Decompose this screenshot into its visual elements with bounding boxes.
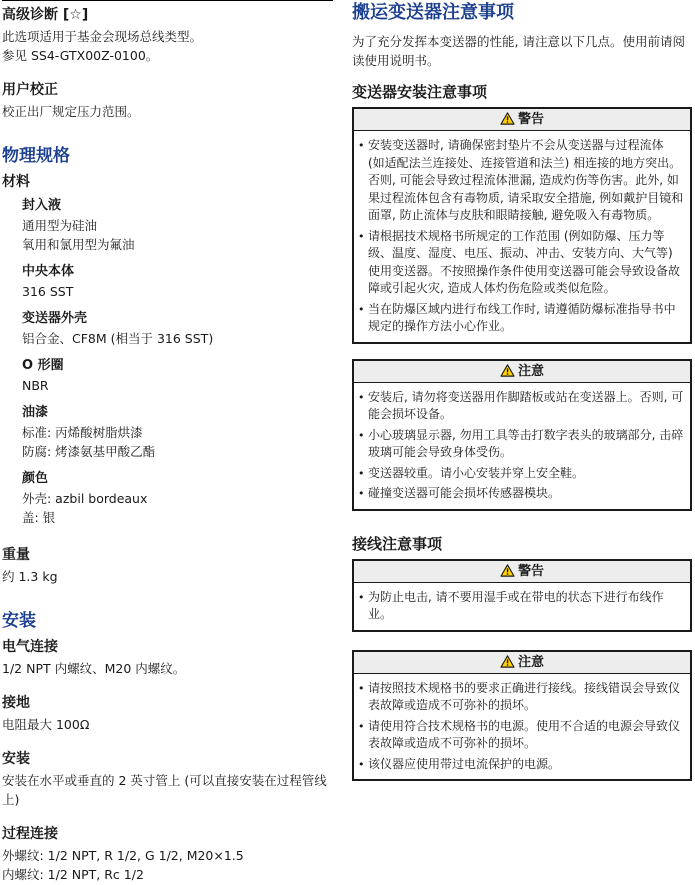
bullet-marker: • xyxy=(358,680,368,715)
heading-weight: 重量 xyxy=(2,546,333,564)
warning-text: 安装变送器时, 请确保密封垫片不会从变送器与过程流体 (如适配法兰连接处、连接管… xyxy=(368,137,684,225)
section-divider-rule xyxy=(2,0,333,1)
heading-color: 颜色 xyxy=(22,470,333,487)
adv-diag-ref: 参见 SS4-GTX00Z-0100。 xyxy=(2,46,333,65)
caution-label: 注意 xyxy=(518,655,544,671)
heading-process-connection: 过程连接 xyxy=(2,825,333,843)
heading-installation: 安装 xyxy=(2,610,333,632)
warning-box-wiring: 警告 •为防止电击, 请不要用湿手或在带电的状态下进行布线作业。 xyxy=(352,559,692,632)
caution-text: 小心玻璃显示器, 勿用工具等击打数字表头的玻璃部分, 击碎玻璃可能会导致身体受伤… xyxy=(368,427,684,462)
heading-electrical-connection: 电气连接 xyxy=(2,638,333,656)
caution-box-body: •请按照技术规格书的要求正确进行接线。接线错误会导致仪表故障或造成不可弥补的损坏… xyxy=(354,674,690,780)
paint-line: 标准: 丙烯酸树脂烘漆 xyxy=(22,423,333,442)
bullet-marker: • xyxy=(358,465,368,483)
warning-box-body: •安装变送器时, 请确保密封垫片不会从变送器与过程流体 (如适配法兰连接处、连接… xyxy=(354,131,690,342)
process-connection-line: 外螺纹: 1/2 NPT, R 1/2, G 1/2, M20×1.5 xyxy=(2,846,333,865)
warning-triangle-icon xyxy=(500,655,515,673)
weight-line: 约 1.3 kg xyxy=(2,567,333,586)
heading-user-calibration: 用户校正 xyxy=(2,81,333,99)
paint-line: 防腐: 烤漆氨基甲酸乙酯 xyxy=(22,442,333,461)
heading-material: 材料 xyxy=(2,173,333,191)
bullet-marker: • xyxy=(358,301,368,336)
bullet-marker: • xyxy=(358,427,368,462)
heading-mounting: 安装 xyxy=(2,750,333,768)
caution-text: 请使用符合技术规格书的电源。使用不合适的电源会导致仪表故障或造成不可弥补的损坏。 xyxy=(368,718,684,753)
warning-item: •请根据技术规格书所规定的工作范围 (例如防爆、压力等级、温度、湿度、电压、振动… xyxy=(358,228,684,298)
caution-text: 变送器较重。请小心安装并穿上安全鞋。 xyxy=(368,465,584,483)
warning-text: 请根据技术规格书所规定的工作范围 (例如防爆、压力等级、温度、湿度、电压、振动、… xyxy=(368,228,684,298)
heading-handling-precautions: 搬运变送器注意事项 xyxy=(352,1,692,24)
warning-triangle-icon xyxy=(500,364,515,382)
caution-label: 注意 xyxy=(518,364,544,380)
heading-physical-specs: 物理规格 xyxy=(2,145,333,167)
caution-box-installation: 注意 •安装后, 请勿将变送器用作脚踏板或站在变送器上。否则, 可能会损坏设备。… xyxy=(352,359,692,511)
bullet-marker: • xyxy=(358,228,368,298)
caution-text: 请按照技术规格书的要求正确进行接线。接线错误会导致仪表故障或造成不可弥补的损坏。 xyxy=(368,680,684,715)
mounting-line: 安装在水平或垂直的 2 英寸管上 (可以直接安装在过程管线上) xyxy=(2,771,333,809)
right-column: 搬运变送器注意事项 为了充分发挥本变送器的性能, 请注意以下几点。使用前请阅读使… xyxy=(352,0,692,884)
caution-box-header: 注意 xyxy=(354,652,690,674)
left-column: 高级诊断 [☆] 此选项适用于基金会现场总线类型。 参见 SS4-GTX00Z-… xyxy=(2,0,333,884)
user-calibration-line: 校正出厂规定压力范围。 xyxy=(2,102,333,121)
bullet-marker: • xyxy=(358,389,368,424)
warning-label: 警告 xyxy=(518,112,544,128)
warning-box-body: •为防止电击, 请不要用湿手或在带电的状态下进行布线作业。 xyxy=(354,583,690,630)
heading-transmitter-housing: 变送器外壳 xyxy=(22,310,333,327)
fill-fluid-line: 氧用和氯用型为氟油 xyxy=(22,235,333,254)
bullet-marker: • xyxy=(358,756,368,774)
spec-sheet-page: 高级诊断 [☆] 此选项适用于基金会现场总线类型。 参见 SS4-GTX00Z-… xyxy=(0,0,695,884)
electrical-connection-line: 1/2 NPT 内螺纹、M20 内螺纹。 xyxy=(2,659,333,678)
warning-box-header: 警告 xyxy=(354,561,690,583)
bullet-marker: • xyxy=(358,589,368,624)
caution-item: •请使用符合技术规格书的电源。使用不合适的电源会导致仪表故障或造成不可弥补的损坏… xyxy=(358,718,684,753)
transmitter-housing-line: 铝合金、CF8M (相当于 316 SST) xyxy=(22,329,333,348)
bullet-marker: • xyxy=(358,137,368,225)
adv-diag-line: 此选项适用于基金会现场总线类型。 xyxy=(2,27,333,46)
heading-fill-fluid: 封入液 xyxy=(22,197,333,214)
handling-intro: 为了充分发挥本变送器的性能, 请注意以下几点。使用前请阅读使用说明书。 xyxy=(352,32,692,70)
heading-o-ring: O 形圈 xyxy=(22,357,333,374)
warning-box-header: 警告 xyxy=(354,109,690,131)
caution-item: •小心玻璃显示器, 勿用工具等击打数字表头的玻璃部分, 击碎玻璃可能会导致身体受… xyxy=(358,427,684,462)
warning-text: 当在防爆区域内进行布线工作时, 请遵循防爆标准指导书中规定的操作方法小心作业。 xyxy=(368,301,684,336)
o-ring-line: NBR xyxy=(22,376,333,395)
heading-grounding: 接地 xyxy=(2,694,333,712)
center-body-line: 316 SST xyxy=(22,282,333,301)
heading-advanced-diagnostics: 高级诊断 [☆] xyxy=(2,6,333,24)
color-line: 外壳: azbil bordeaux xyxy=(22,489,333,508)
process-connection-line: 内螺纹: 1/2 NPT, Rc 1/2 xyxy=(2,865,333,884)
warning-label: 警告 xyxy=(518,564,544,580)
caution-item: •安装后, 请勿将变送器用作脚踏板或站在变送器上。否则, 可能会损坏设备。 xyxy=(358,389,684,424)
warning-triangle-icon xyxy=(500,112,515,130)
bullet-marker: • xyxy=(358,718,368,753)
heading-center-body: 中央本体 xyxy=(22,263,333,280)
caution-box-wiring: 注意 •请按照技术规格书的要求正确进行接线。接线错误会导致仪表故障或造成不可弥补… xyxy=(352,650,692,782)
heading-wiring-precautions: 接线注意事项 xyxy=(352,535,692,554)
caution-item: •该仪器应使用带过电流保护的电源。 xyxy=(358,756,684,774)
warning-text: 为防止电击, 请不要用湿手或在带电的状态下进行布线作业。 xyxy=(368,589,684,624)
warning-box-installation: 警告 •安装变送器时, 请确保密封垫片不会从变送器与过程流体 (如适配法兰连接处… xyxy=(352,107,692,344)
caution-item: •变送器较重。请小心安装并穿上安全鞋。 xyxy=(358,465,684,483)
bullet-marker: • xyxy=(358,485,368,503)
color-line: 盖: 银 xyxy=(22,508,333,527)
warning-item: •当在防爆区域内进行布线工作时, 请遵循防爆标准指导书中规定的操作方法小心作业。 xyxy=(358,301,684,336)
warning-triangle-icon xyxy=(500,564,515,582)
heading-paint: 油漆 xyxy=(22,404,333,421)
caution-item: •碰撞变送器可能会损坏传感器模块。 xyxy=(358,485,684,503)
grounding-line: 电阻最大 100Ω xyxy=(2,715,333,734)
caution-text: 该仪器应使用带过电流保护的电源。 xyxy=(368,756,560,774)
warning-item: •为防止电击, 请不要用湿手或在带电的状态下进行布线作业。 xyxy=(358,589,684,624)
warning-item: •安装变送器时, 请确保密封垫片不会从变送器与过程流体 (如适配法兰连接处、连接… xyxy=(358,137,684,225)
caution-item: •请按照技术规格书的要求正确进行接线。接线错误会导致仪表故障或造成不可弥补的损坏… xyxy=(358,680,684,715)
caution-text: 碰撞变送器可能会损坏传感器模块。 xyxy=(368,485,560,503)
caution-text: 安装后, 请勿将变送器用作脚踏板或站在变送器上。否则, 可能会损坏设备。 xyxy=(368,389,684,424)
heading-install-precautions: 变送器安装注意事项 xyxy=(352,83,692,102)
caution-box-header: 注意 xyxy=(354,361,690,383)
caution-box-body: •安装后, 请勿将变送器用作脚踏板或站在变送器上。否则, 可能会损坏设备。 •小… xyxy=(354,383,690,509)
fill-fluid-line: 通用型为硅油 xyxy=(22,216,333,235)
